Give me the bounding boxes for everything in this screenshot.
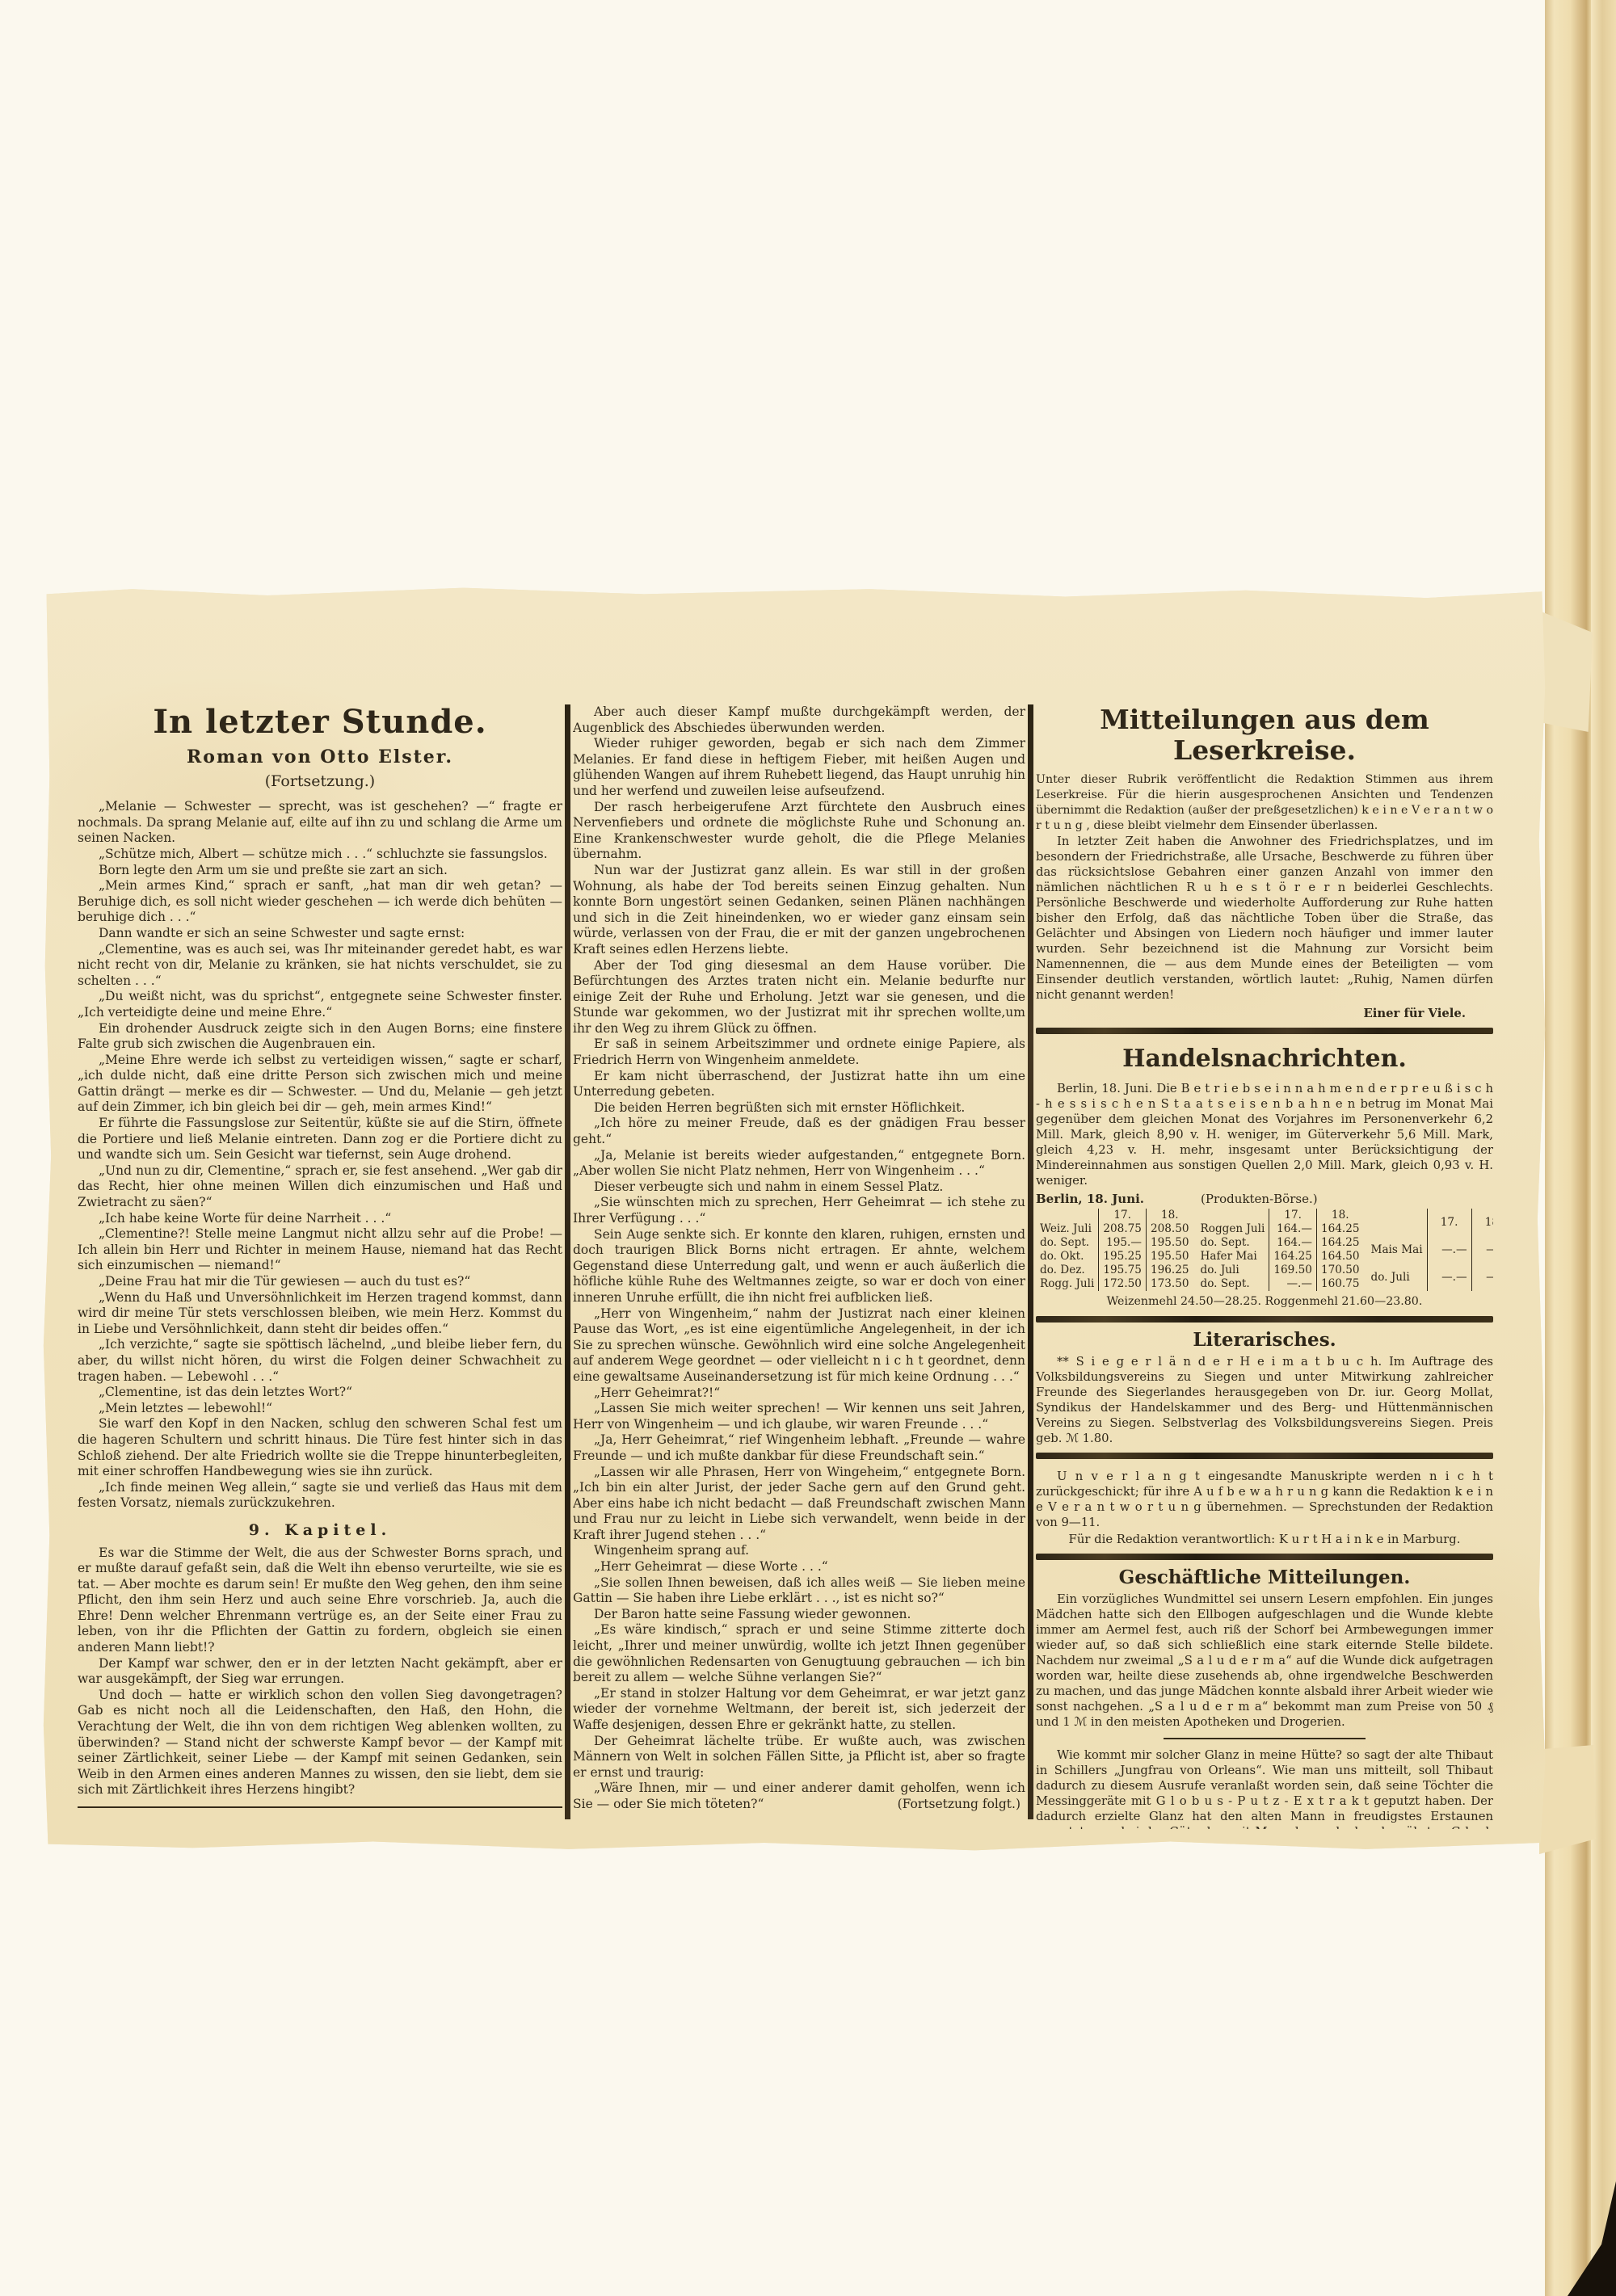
folded-page-edge-outer: [1591, 0, 1616, 2296]
price-value: —.—: [1427, 1264, 1471, 1291]
scan-background: In letzter Stunde. Roman von Otto Elster…: [0, 0, 1616, 2296]
novel-paragraph: „Lassen Sie mich weiter sprechen! — Wir …: [573, 1401, 1025, 1432]
chapter-body: Es war die Stimme der Welt, die aus der …: [78, 1545, 562, 1799]
price-value: —.—: [1471, 1236, 1493, 1264]
novel-paragraph: „Ich verzichte,“ sagte sie spöttisch läc…: [78, 1337, 562, 1385]
commodity-label: do. Dez.: [1036, 1264, 1099, 1277]
price-value: —.—: [1427, 1236, 1471, 1264]
novel-paragraph: „Sie sollen Ihnen beweisen, daß ich alle…: [573, 1575, 1025, 1607]
price-row: do. Sept.195.—195.50: [1036, 1236, 1193, 1250]
date-column-header: 17.: [1427, 1209, 1471, 1236]
novel-paragraph: „Clementine, ist das dein letztes Wort?“: [78, 1385, 562, 1401]
commodity-label: Rogg. Juli: [1036, 1277, 1099, 1291]
novel-paragraph: „Herr Geheimrat — diese Worte . . .“: [573, 1559, 1025, 1575]
price-value: 164.25: [1316, 1236, 1363, 1250]
business-item-2: Wie kommt mir solcher Glanz in meine Hüt…: [1036, 1747, 1493, 1829]
trade-section-title: Handelsnachrichten.: [1036, 1044, 1493, 1074]
novel-paragraph: Der Geheimrat lächelte trübe. Er wußte a…: [573, 1734, 1025, 1781]
column-divider-2: [1028, 704, 1033, 1819]
novel-paragraph: Sein Auge senkte sich. Er konnte den kla…: [573, 1227, 1025, 1306]
novel-paragraph: „Melanie — Schwester — sprecht, was ist …: [78, 799, 562, 847]
page-fold-flap-bottom: [1539, 1745, 1596, 1854]
price-row: do. Juli—.——.—: [1367, 1264, 1493, 1291]
commodity-label: do. Okt.: [1036, 1250, 1099, 1264]
commodity-header-blank: [1367, 1209, 1428, 1236]
exchange-table-heading: Berlin, 18. Juni. (Produkten-Börse.): [1036, 1192, 1493, 1207]
novel-paragraph: Er kam nicht überraschend, der Justizrat…: [573, 1069, 1025, 1100]
novel-paragraph: Dann wandte er sich an seine Schwester u…: [78, 926, 562, 942]
chapter-heading: 9. Kapitel.: [78, 1523, 562, 1539]
price-value: 208.50: [1146, 1222, 1193, 1236]
novel-paragraph: Wieder ruhiger geworden, begab er sich n…: [573, 736, 1025, 799]
price-value: 164.—: [1269, 1236, 1317, 1250]
price-value: 164.50: [1316, 1250, 1363, 1264]
price-value: 196.25: [1146, 1264, 1193, 1277]
commodity-label: Mais Mai: [1367, 1236, 1428, 1264]
price-value: 208.75: [1099, 1222, 1147, 1236]
literary-section-title: Literarisches.: [1036, 1332, 1493, 1348]
section-rule-4: [1036, 1554, 1493, 1560]
novel-paragraph: Die beiden Herren begrüßten sich mit ern…: [573, 1100, 1025, 1116]
novel-paragraph: Born legte den Arm um sie und preßte sie…: [78, 863, 562, 879]
price-value: 195.50: [1146, 1250, 1193, 1264]
commodity-header-blank: [1036, 1209, 1099, 1222]
novel-paragraph: „Ja, Herr Geheimrat,“ rief Wingenheim le…: [573, 1432, 1025, 1464]
novel-paragraph: „Ich höre zu meiner Freude, daß es der g…: [573, 1116, 1025, 1147]
novel-paragraph: „Clementine?! Stelle meine Langmut nicht…: [78, 1226, 562, 1274]
price-value: —.—: [1471, 1264, 1493, 1291]
novel-paragraph: Und doch — hatte er wirklich schon den v…: [78, 1688, 562, 1798]
date-column-header: 17.: [1269, 1209, 1317, 1222]
commodity-label: Weiz. Juli: [1036, 1222, 1099, 1236]
novel-paragraph: Sie warf den Kopf in den Nacken, schlug …: [78, 1416, 562, 1479]
manuscript-notice: U n v e r l a n g t eingesandte Manuskri…: [1036, 1469, 1493, 1530]
serial-title: In letzter Stunde.: [78, 704, 562, 740]
price-value: 195.50: [1146, 1236, 1193, 1250]
exchange-label: (Produkten-Börse.): [1201, 1192, 1318, 1207]
novel-paragraph: Aber der Tod ging diesesmal an dem Hause…: [573, 958, 1025, 1037]
novel-paragraph: „Herr Geheimrat?!“: [573, 1386, 1025, 1402]
continuation-note: (Fortsetzung.): [78, 774, 562, 790]
commodity-label: Roggen Juli: [1197, 1222, 1269, 1236]
column-end-rule: [78, 1806, 562, 1808]
price-row: Roggen Juli164.—164.25: [1197, 1222, 1364, 1236]
reader-section-intro: Unter dieser Rubrik veröffentlicht die R…: [1036, 772, 1493, 834]
exchange-city-date: Berlin, 18. Juni.: [1036, 1192, 1144, 1207]
novel-paragraph: „Wenn du Haß und Unversöhnlichkeit im He…: [78, 1290, 562, 1338]
newspaper-page: In letzter Stunde. Roman von Otto Elster…: [42, 587, 1547, 1852]
novel-paragraph: Ein drohender Ausdruck zeigte sich in de…: [78, 1021, 562, 1053]
serial-byline: Roman von Otto Elster.: [78, 750, 562, 766]
novel-paragraph: „Mein letztes — lebewohl!“: [78, 1401, 562, 1417]
produce-exchange-group-3: 17.18.Mais Mai—.——.—do. Juli—.——.—: [1367, 1209, 1493, 1291]
price-value: 160.75: [1316, 1277, 1363, 1291]
reader-letter-signature: Einer für Viele.: [1036, 1006, 1493, 1021]
section-rule-2: [1036, 1316, 1493, 1323]
produce-exchange-group-2: 17.18.Roggen Juli164.—164.25do. Sept.164…: [1197, 1209, 1364, 1291]
price-value: 172.50: [1099, 1277, 1147, 1291]
novel-paragraph: „Es wäre kindisch,“ sprach er und seine …: [573, 1622, 1025, 1685]
novel-paragraph: Er saß in seinem Arbeitszimmer und ordne…: [573, 1037, 1025, 1068]
novel-paragraph: Er führte die Fassungslose zur Seitentür…: [78, 1116, 562, 1163]
commodity-label: do. Juli: [1367, 1264, 1428, 1291]
novel-paragraph: „Clementine, was es auch sei, was Ihr mi…: [78, 942, 562, 990]
novel-paragraph: Der Baron hatte seine Fassung wieder gew…: [573, 1607, 1025, 1623]
price-row: do. Juli169.50170.50: [1197, 1264, 1364, 1277]
novel-paragraph: „Lassen wir alle Phrasen, Herr von Winge…: [573, 1465, 1025, 1544]
business-section-title: Geschäftliche Mitteilungen.: [1036, 1570, 1493, 1585]
novel-paragraph: Aber auch dieser Kampf mußte durchgekämp…: [573, 704, 1025, 736]
commodity-label: do. Sept.: [1197, 1236, 1269, 1250]
date-column-header: 18.: [1316, 1209, 1363, 1222]
price-value: 173.50: [1146, 1277, 1193, 1291]
novel-paragraph: „Und nun zu dir, Clementine,“ sprach er,…: [78, 1163, 562, 1211]
price-value: —.—: [1269, 1277, 1317, 1291]
reader-letter: In letzter Zeit haben die Anwohner des F…: [1036, 834, 1493, 1003]
novel-paragraph: „Schütze mich, Albert — schütze mich . .…: [78, 847, 562, 863]
price-row: do. Okt.195.25195.50: [1036, 1250, 1193, 1264]
news-column: Mitteilungen aus dem Leserkreise. Unter …: [1036, 704, 1493, 1829]
novel-paragraph: Nun war der Justizrat ganz allein. Es wa…: [573, 863, 1025, 958]
commodity-header-blank: [1197, 1209, 1269, 1222]
price-value: 195.75: [1099, 1264, 1147, 1277]
price-row: Hafer Mai164.25164.50: [1197, 1250, 1364, 1264]
column-divider: [565, 704, 570, 1819]
trade-report: Berlin, 18. Juni. Die B e t r i e b s e …: [1036, 1081, 1493, 1188]
price-value: 164.—: [1269, 1222, 1317, 1236]
novel-paragraph: Der rasch herbeigerufene Arzt fürchtete …: [573, 800, 1025, 863]
business-item-1: Ein vorzügliches Wundmittel sei unsern L…: [1036, 1592, 1493, 1730]
serial-body-2: Aber auch dieser Kampf mußte durchgekämp…: [573, 704, 1025, 1813]
date-column-header: 17.: [1099, 1209, 1147, 1222]
item-divider-rule: [1164, 1738, 1366, 1739]
price-row: Mais Mai—.——.—: [1367, 1236, 1493, 1264]
novel-paragraph: „Deine Frau hat mir die Tür gewiesen — a…: [78, 1274, 562, 1290]
price-value: 164.25: [1269, 1250, 1317, 1264]
serial-body: „Melanie — Schwester — sprecht, was ist …: [78, 799, 562, 1512]
novel-paragraph: „Du weißt nicht, was du sprichst“, entge…: [78, 989, 562, 1020]
price-row: Rogg. Juli172.50173.50: [1036, 1277, 1193, 1291]
novel-paragraph: Der Kampf war schwer, den er in der letz…: [78, 1656, 562, 1688]
price-value: 164.25: [1316, 1222, 1363, 1236]
price-row: do. Sept.—.—160.75: [1197, 1277, 1364, 1291]
novel-paragraph: „Ja, Melanie ist bereits wieder aufgesta…: [573, 1148, 1025, 1180]
novel-paragraph: „Ich habe keine Worte für deine Narrheit…: [78, 1211, 562, 1227]
flour-price-note: Weizenmehl 24.50—28.25. Roggenmehl 21.60…: [1036, 1294, 1493, 1310]
folded-page-edge: [1545, 0, 1591, 2296]
novel-paragraph: „Ich finde meinen Weg allein,“ sagte sie…: [78, 1480, 562, 1512]
produce-exchange-group-1: 17.18.Weiz. Juli208.75208.50do. Sept.195…: [1036, 1209, 1193, 1291]
novel-paragraph: „Sie wünschten mich zu sprechen, Herr Ge…: [573, 1195, 1025, 1226]
price-row: Weiz. Juli208.75208.50: [1036, 1222, 1193, 1236]
literary-item: ** S i e g e r l ä n d e r H e i m a t b…: [1036, 1354, 1493, 1446]
responsible-editor-line: Für die Redaktion verantwortlich: K u r …: [1036, 1532, 1493, 1547]
commodity-label: do. Sept.: [1036, 1236, 1099, 1250]
page-columns: In letzter Stunde. Roman von Otto Elster…: [78, 704, 1495, 1829]
novel-paragraph: „Meine Ehre werde ich selbst zu verteidi…: [78, 1053, 562, 1116]
commodity-label: Hafer Mai: [1197, 1250, 1269, 1264]
price-value: 195.25: [1099, 1250, 1147, 1264]
date-column-header: 18.: [1471, 1209, 1493, 1236]
commodity-label: do. Juli: [1197, 1264, 1269, 1277]
price-value: 195.—: [1099, 1236, 1147, 1250]
price-row: do. Sept.164.—164.25: [1197, 1236, 1364, 1250]
price-value: 169.50: [1269, 1264, 1317, 1277]
novel-paragraph: „Herr von Wingenheim,“ nahm der Justizra…: [573, 1306, 1025, 1386]
novel-paragraph: Wingenheim sprang auf.: [573, 1543, 1025, 1559]
date-column-header: 18.: [1146, 1209, 1193, 1222]
novel-paragraph: „Er stand in stolzer Haltung vor dem Geh…: [573, 1686, 1025, 1734]
novel-paragraph: „Mein armes Kind,“ sprach er sanft, „hat…: [78, 878, 562, 926]
commodity-label: do. Sept.: [1197, 1277, 1269, 1291]
feuilleton-column-2: Aber auch dieser Kampf mußte durchgekämp…: [573, 704, 1025, 1829]
produce-exchange-table: 17.18.Weiz. Juli208.75208.50do. Sept.195…: [1036, 1209, 1493, 1291]
novel-paragraph: Dieser verbeugte sich und nahm in einem …: [573, 1180, 1025, 1196]
section-rule-3: [1036, 1453, 1493, 1459]
novel-paragraph: Es war die Stimme der Welt, die aus der …: [78, 1545, 562, 1656]
feuilleton-column-1: In letzter Stunde. Roman von Otto Elster…: [78, 704, 562, 1829]
reader-section-title: Mitteilungen aus dem Leserkreise.: [1036, 704, 1493, 766]
price-row: do. Dez.195.75196.25: [1036, 1264, 1193, 1277]
price-value: 170.50: [1316, 1264, 1363, 1277]
section-rule: [1036, 1028, 1493, 1034]
